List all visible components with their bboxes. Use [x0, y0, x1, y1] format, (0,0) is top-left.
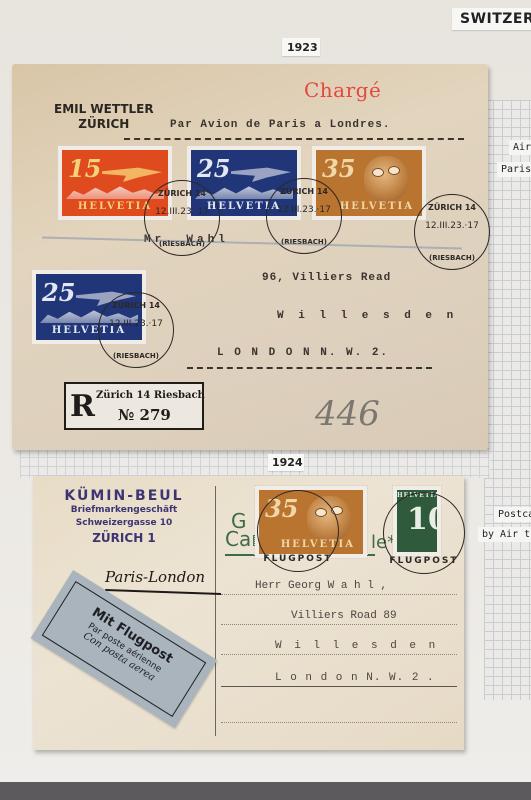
recipient-name: Mr. Wahl [144, 234, 229, 246]
address-line [221, 654, 457, 655]
handwritten-underline [105, 589, 221, 595]
address-line [221, 624, 457, 625]
recipient-city: L o n d o n N. W. 2 . [275, 672, 435, 684]
recipient-town: W i l l e s d e n [277, 310, 457, 322]
charge-marking: Chargé [304, 78, 381, 102]
sender-name: EMIL WETTLER [54, 102, 154, 117]
graph-paper-strip [20, 448, 490, 478]
sender-name: KÜMIN-BEUL [33, 488, 215, 504]
postmark-flugpost: FLUGPOST [257, 490, 339, 572]
recipient-street: 96, Villiers Read [262, 272, 391, 284]
postmark-flugpost: FLUGPOST [383, 492, 465, 574]
side-note-postcard: Postca [494, 507, 531, 522]
address-line [221, 686, 457, 687]
country-tag: SWITZER [452, 8, 531, 30]
sender-stamp: KÜMIN-BEUL Briefmarkengeschäft Schweizer… [33, 488, 215, 546]
route-line: Par Avion de Paris a Londres. [170, 119, 390, 131]
sender-city: ZÜRICH [54, 117, 154, 132]
year-label-1924: 1924 [268, 454, 304, 471]
blue-crayon-line [42, 237, 462, 250]
sender-city: ZÜRICH 1 [33, 530, 215, 546]
sender-street: Schweizergasse 10 [33, 517, 215, 530]
handwritten-route: Paris-London [105, 568, 205, 586]
postmark-date: 12.III.23.·17 [415, 221, 489, 231]
postmark-date: 12.III.23.·17 [145, 207, 219, 217]
recipient-city: L O N D O N N. W. 2. [217, 347, 389, 359]
side-note-paris: Paris [497, 162, 531, 177]
postmark-office: ZÜRICH 14 [145, 189, 219, 198]
postmark-zurich: ZÜRICH 14 12.III.23.·17 (RIESBACH) [414, 194, 490, 270]
postmark-date: 12.III.23.·17 [267, 205, 341, 215]
airplane-icon [102, 164, 162, 182]
address-line [221, 594, 457, 595]
registration-office: Zürich 14 Riesbach [96, 390, 205, 401]
side-note-air: Air [509, 140, 531, 155]
recipient-name: Herr Georg W a h l , [255, 580, 387, 592]
postmark-district: (RIESBACH) [99, 352, 173, 360]
registration-label: R Zürich 14 Riesbach № 279 [64, 382, 204, 430]
postmark-office: ZÜRICH 14 [267, 187, 341, 196]
postmark-office: ZÜRICH 14 [415, 203, 489, 212]
postmark-district: (RIESBACH) [415, 254, 489, 262]
pilot-portrait-icon [364, 156, 408, 202]
sender-address: EMIL WETTLER ZÜRICH [54, 102, 154, 132]
year-label-1923: 1923 [282, 38, 320, 56]
sender-business: Briefmarkengeschäft [33, 504, 215, 517]
route-underline [124, 138, 464, 140]
postmark-date: 12.III.23.·17 [99, 319, 173, 329]
stamp-value: 25 [197, 154, 230, 183]
recipient-street: Villiers Road 89 [291, 610, 397, 622]
postmark-zurich: ZÜRICH 14 12.III.23.·17 (RIESBACH) [98, 292, 174, 368]
registration-number: № 279 [118, 406, 171, 424]
stamp-value: 25 [42, 278, 75, 307]
cover-1923: EMIL WETTLER ZÜRICH Chargé Par Avion de … [12, 64, 488, 450]
postmark-text: FLUGPOST [384, 556, 464, 566]
recipient-town: W i l l e s d e n [275, 640, 438, 652]
address-line [221, 722, 457, 723]
postmark-office: ZÜRICH 14 [99, 301, 173, 310]
stamp-value: 15 [68, 154, 101, 183]
registration-letter: R [70, 389, 95, 424]
graph-paper-margin [484, 100, 531, 700]
bottom-edge [0, 782, 531, 800]
airmail-label-frame: Mit Flugpost Par poste aérienne Con post… [42, 581, 207, 717]
airmail-label-french: Par poste aérienne [57, 604, 191, 693]
pencil-note: 446 [315, 394, 380, 434]
stamp-value: 35 [322, 154, 355, 183]
side-note-by-air: by Air t [478, 527, 531, 542]
address-underline [187, 367, 432, 369]
airplane-icon [231, 164, 291, 182]
postcard-1924: KÜMIN-BEUL Briefmarkengeschäft Schweizer… [33, 476, 464, 750]
card-divider [215, 486, 216, 736]
postmark-text: FLUGPOST [258, 554, 338, 564]
